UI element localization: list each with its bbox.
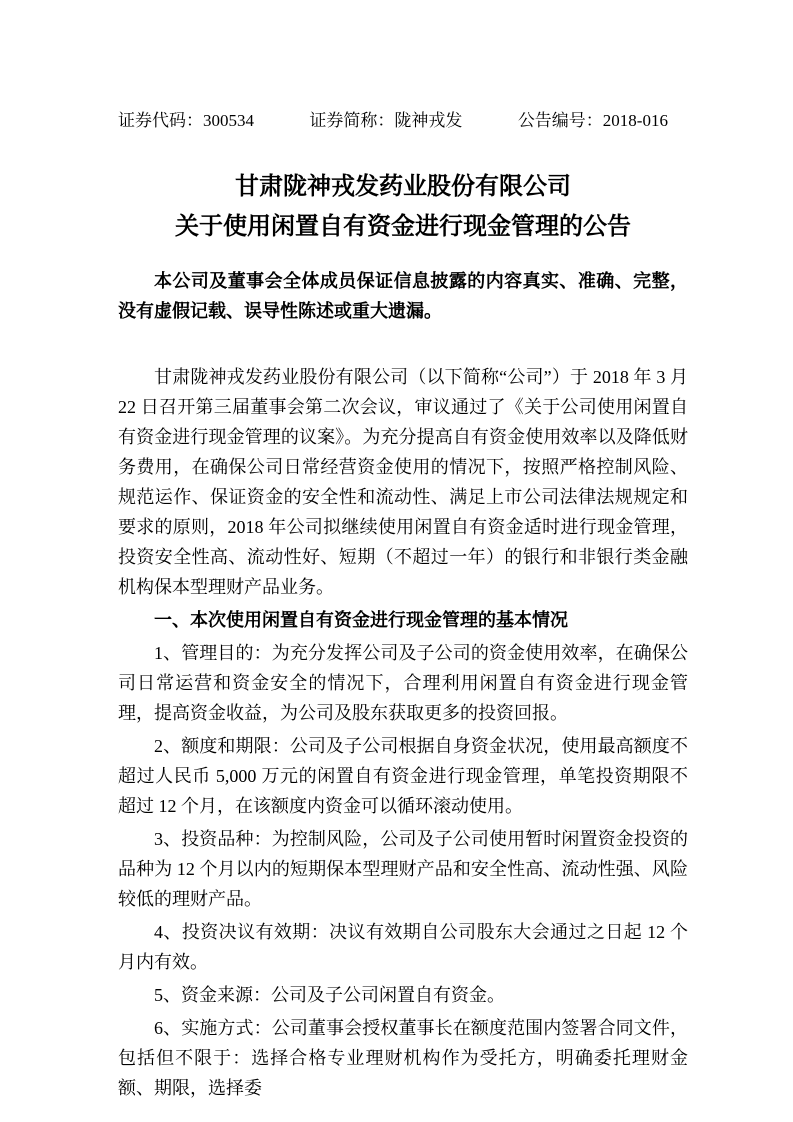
announcement-number: 公告编号：2018-016 <box>518 110 668 132</box>
document-content: 证券代码：300534 证券简称：陇神戎发 公告编号：2018-016 甘肃陇神… <box>118 0 688 1103</box>
body-paragraph: 5、资金来源：公司及子公司闲置自有资金。 <box>118 980 688 1010</box>
document-header: 证券代码：300534 证券简称：陇神戎发 公告编号：2018-016 <box>118 110 668 132</box>
body-paragraph: 1、管理目的：为充分发挥公司及子公司的资金使用效率，在确保公司日常运营和资金安全… <box>118 638 688 728</box>
document-title: 甘肃陇神戎发药业股份有限公司 关于使用闲置自有资金进行现金管理的公告 <box>118 167 688 247</box>
disclaimer-statement: 本公司及董事会全体成员保证信息披露的内容真实、准确、完整，没有虚假记载、误导性陈… <box>118 266 688 326</box>
body-paragraph: 甘肃陇神戎发药业股份有限公司（以下简称“公司”）于 2018 年 3 月 22 … <box>118 362 688 602</box>
document-body: 甘肃陇神戎发药业股份有限公司（以下简称“公司”）于 2018 年 3 月 22 … <box>118 362 688 1103</box>
section-heading: 一、本次使用闲置自有资金进行现金管理的基本情况 <box>118 605 688 635</box>
stock-short-name: 证券简称：陇神戎发 <box>309 110 462 132</box>
body-paragraph: 3、投资品种：为控制风险，公司及子公司使用暂时闲置资金投资的品种为 12 个月以… <box>118 824 688 914</box>
body-paragraph: 6、实施方式：公司董事会授权董事长在额度范围内签署合同文件，包括但不限于：选择合… <box>118 1013 688 1103</box>
stock-code: 证券代码：300534 <box>118 110 254 132</box>
company-name-title: 甘肃陇神戎发药业股份有限公司 <box>118 167 688 207</box>
body-paragraph: 2、额度和期限：公司及子公司根据自身资金状况，使用最高额度不超过人民币 5,00… <box>118 731 688 821</box>
announcement-title: 关于使用闲置自有资金进行现金管理的公告 <box>118 207 688 247</box>
body-paragraph: 4、投资决议有效期：决议有效期自公司股东大会通过之日起 12 个月内有效。 <box>118 917 688 977</box>
document-page: 证券代码：300534 证券简称：陇神戎发 公告编号：2018-016 甘肃陇神… <box>0 0 793 1122</box>
